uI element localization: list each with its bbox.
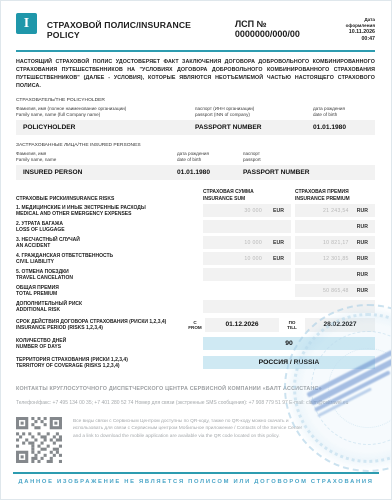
field-label: Фамилия, имя (полное наименование органи… bbox=[16, 106, 195, 118]
sum-cell: 10 000 EUR bbox=[203, 236, 291, 249]
qr-note: Все виды связи с Сервисным Центром досту… bbox=[73, 417, 307, 463]
total-premium-cell: 50 865,48 RUR bbox=[295, 284, 375, 297]
policy-number: ЛСП № 0000000/000/00 bbox=[235, 19, 334, 39]
contacts-phones: Телефон/факс: +7 495 134 00 35; +7 401 2… bbox=[16, 400, 350, 408]
insured-values-row: INSURED PERSON 01.01.1980 PASSPORT NUMBE… bbox=[16, 165, 375, 180]
risk-row-5: 5. ОТМЕНА ПОЕЗДКИTRAVEL CANCELATION RUR bbox=[16, 268, 375, 282]
total-premium-row: ОБЩАЯ ПРЕМИЯTOTAL PREMIUM 50 865,48 RUR bbox=[16, 284, 375, 298]
additional-risk-cell bbox=[203, 300, 375, 313]
premium-cell: RUR bbox=[295, 220, 375, 233]
policyholder-passport: PASSPORT NUMBER bbox=[195, 124, 313, 131]
field-label: дата рождения date of birth bbox=[313, 106, 375, 118]
qr-code-icon bbox=[16, 417, 62, 463]
issue-date: Дата оформления 10.11.2026 00:47 bbox=[334, 17, 375, 43]
insured-passport: PASSPORT NUMBER bbox=[243, 169, 375, 176]
insured-section-title: ЗАСТРАХОВАННЫЕ ЛИЦА/THE INSURED PERSONES bbox=[16, 143, 375, 148]
sum-cell: 30 000 EUR bbox=[203, 204, 291, 217]
number-of-days-value: 90 bbox=[203, 337, 375, 350]
territory-row: ТЕРРИТОРИЯ СТРАХОВАНИЯ (РИСКИ 1,2,3,4)TE… bbox=[16, 356, 375, 370]
territory-value: РОССИЯ / RUSSIA bbox=[203, 356, 375, 369]
sum-cell bbox=[203, 268, 291, 281]
risk-row-2: 2. УТРАТА БАГАЖАLOSS OF LUGGAGE RUR bbox=[16, 220, 375, 234]
risk-row-1: 1. МЕДИЦИНСКИЕ И ИНЫЕ ЭКСТРЕННЫЕ РАСХОДЫ… bbox=[16, 204, 375, 218]
header-divider bbox=[16, 50, 375, 52]
policyholder-birthdate: 01.01.1980 bbox=[313, 124, 375, 131]
insured-labels: Фамилия, имя Family name, name дата рожд… bbox=[16, 151, 375, 163]
issue-date-value: 10.11.2026 00:47 bbox=[334, 29, 375, 43]
insured-birthdate: 01.01.1980 bbox=[177, 169, 243, 176]
policyholder-name: POLICYHOLDER bbox=[16, 124, 195, 131]
intro-paragraph: НАСТОЯЩИЙ СТРАХОВОЙ ПОЛИС УДОСТОВЕРЯЕТ Ф… bbox=[16, 59, 375, 91]
sum-cell: 10 000 EUR bbox=[203, 252, 291, 265]
period-from-label: СFROM bbox=[185, 320, 205, 331]
premium-cell: RUR bbox=[295, 268, 375, 281]
period-from-date: 01.12.2026 bbox=[205, 318, 279, 332]
number-of-days-row: КОЛИЧЕСТВО ДНЕЙNUMBER OF DAYS 90 bbox=[16, 337, 375, 351]
risks-column-header: СТРАХОВЫЕ РИСКИ/INSURANCE RISKS bbox=[16, 196, 203, 202]
risks-table-header: СТРАХОВЫЕ РИСКИ/INSURANCE RISKS СТРАХОВА… bbox=[16, 189, 375, 202]
field-label: Фамилия, имя Family name, name bbox=[16, 151, 177, 163]
policyholder-section-title: СТРАХОВАТЕЛЬ/THE POLICYHOLDER bbox=[16, 98, 375, 103]
risk-row-4: 4. ГРАЖДАНСКАЯ ОТВЕТСТВЕННОСТЬCIVIL LIAB… bbox=[16, 252, 375, 266]
insured-name: INSURED PERSON bbox=[16, 169, 177, 176]
policyholder-values-row: POLICYHOLDER PASSPORT NUMBER 01.01.1980 bbox=[16, 120, 375, 135]
additional-risk-row: ДОПОЛНИТЕЛЬНЫЙ РИСКADDITIONAL RISK bbox=[16, 300, 375, 314]
sum-column-header: СТРАХОВАЯ СУММА INSURANCE SUM bbox=[203, 189, 291, 202]
issue-date-label: Дата оформления bbox=[334, 17, 375, 29]
insurer-logo-icon: I bbox=[16, 13, 37, 34]
premium-cell: 10 821,17 RUR bbox=[295, 236, 375, 249]
insurance-period-row: СРОК ДЕЙСТВИЯ ДОГОВОРА СТРАХОВАНИЯ (РИСК… bbox=[16, 318, 375, 332]
policyholder-labels: Фамилия, имя (полное наименование органи… bbox=[16, 106, 375, 118]
premium-column-header: СТРАХОВАЯ ПРЕМИЯ INSURANCE PREMIUM bbox=[295, 189, 375, 202]
contacts-heading: КОНТАКТЫ КРУГЛОСУТОЧНОГО ДИСПЕТЧЕРСКОГО … bbox=[16, 385, 328, 393]
premium-cell: 21 243,54 RUR bbox=[295, 204, 375, 217]
policy-document: I СТРАХОВОЙ ПОЛИС/INSURANCE POLICY ЛСП №… bbox=[1, 1, 391, 463]
premium-cell: 12 301,85 RUR bbox=[295, 252, 375, 265]
field-label: паспорт passport bbox=[243, 151, 375, 163]
field-label: паспорт (ИНН организации) passport (INN … bbox=[195, 106, 313, 118]
risk-row-3: 3. НЕСЧАСТНЫЙ СЛУЧАЙAN ACCIDENT 10 000 E… bbox=[16, 236, 375, 250]
header: I СТРАХОВОЙ ПОЛИС/INSURANCE POLICY ЛСП №… bbox=[16, 13, 375, 43]
footer: ДАННОЕ ИЗОБРАЖЕНИЕ НЕ ЯВЛЯЕТСЯ ПОЛИСОМ И… bbox=[13, 472, 379, 485]
field-label: дата рождения date of birth bbox=[177, 151, 243, 163]
period-till-label: ПОTILL bbox=[279, 320, 305, 331]
footer-disclaimer: ДАННОЕ ИЗОБРАЖЕНИЕ НЕ ЯВЛЯЕТСЯ ПОЛИСОМ И… bbox=[13, 479, 379, 485]
footer-divider bbox=[13, 472, 379, 474]
page-title: СТРАХОВОЙ ПОЛИС/INSURANCE POLICY bbox=[47, 20, 226, 40]
qr-block: Все виды связи с Сервисным Центром досту… bbox=[16, 417, 375, 463]
sum-cell bbox=[203, 220, 291, 233]
period-till-date: 28.02.2027 bbox=[305, 318, 375, 332]
